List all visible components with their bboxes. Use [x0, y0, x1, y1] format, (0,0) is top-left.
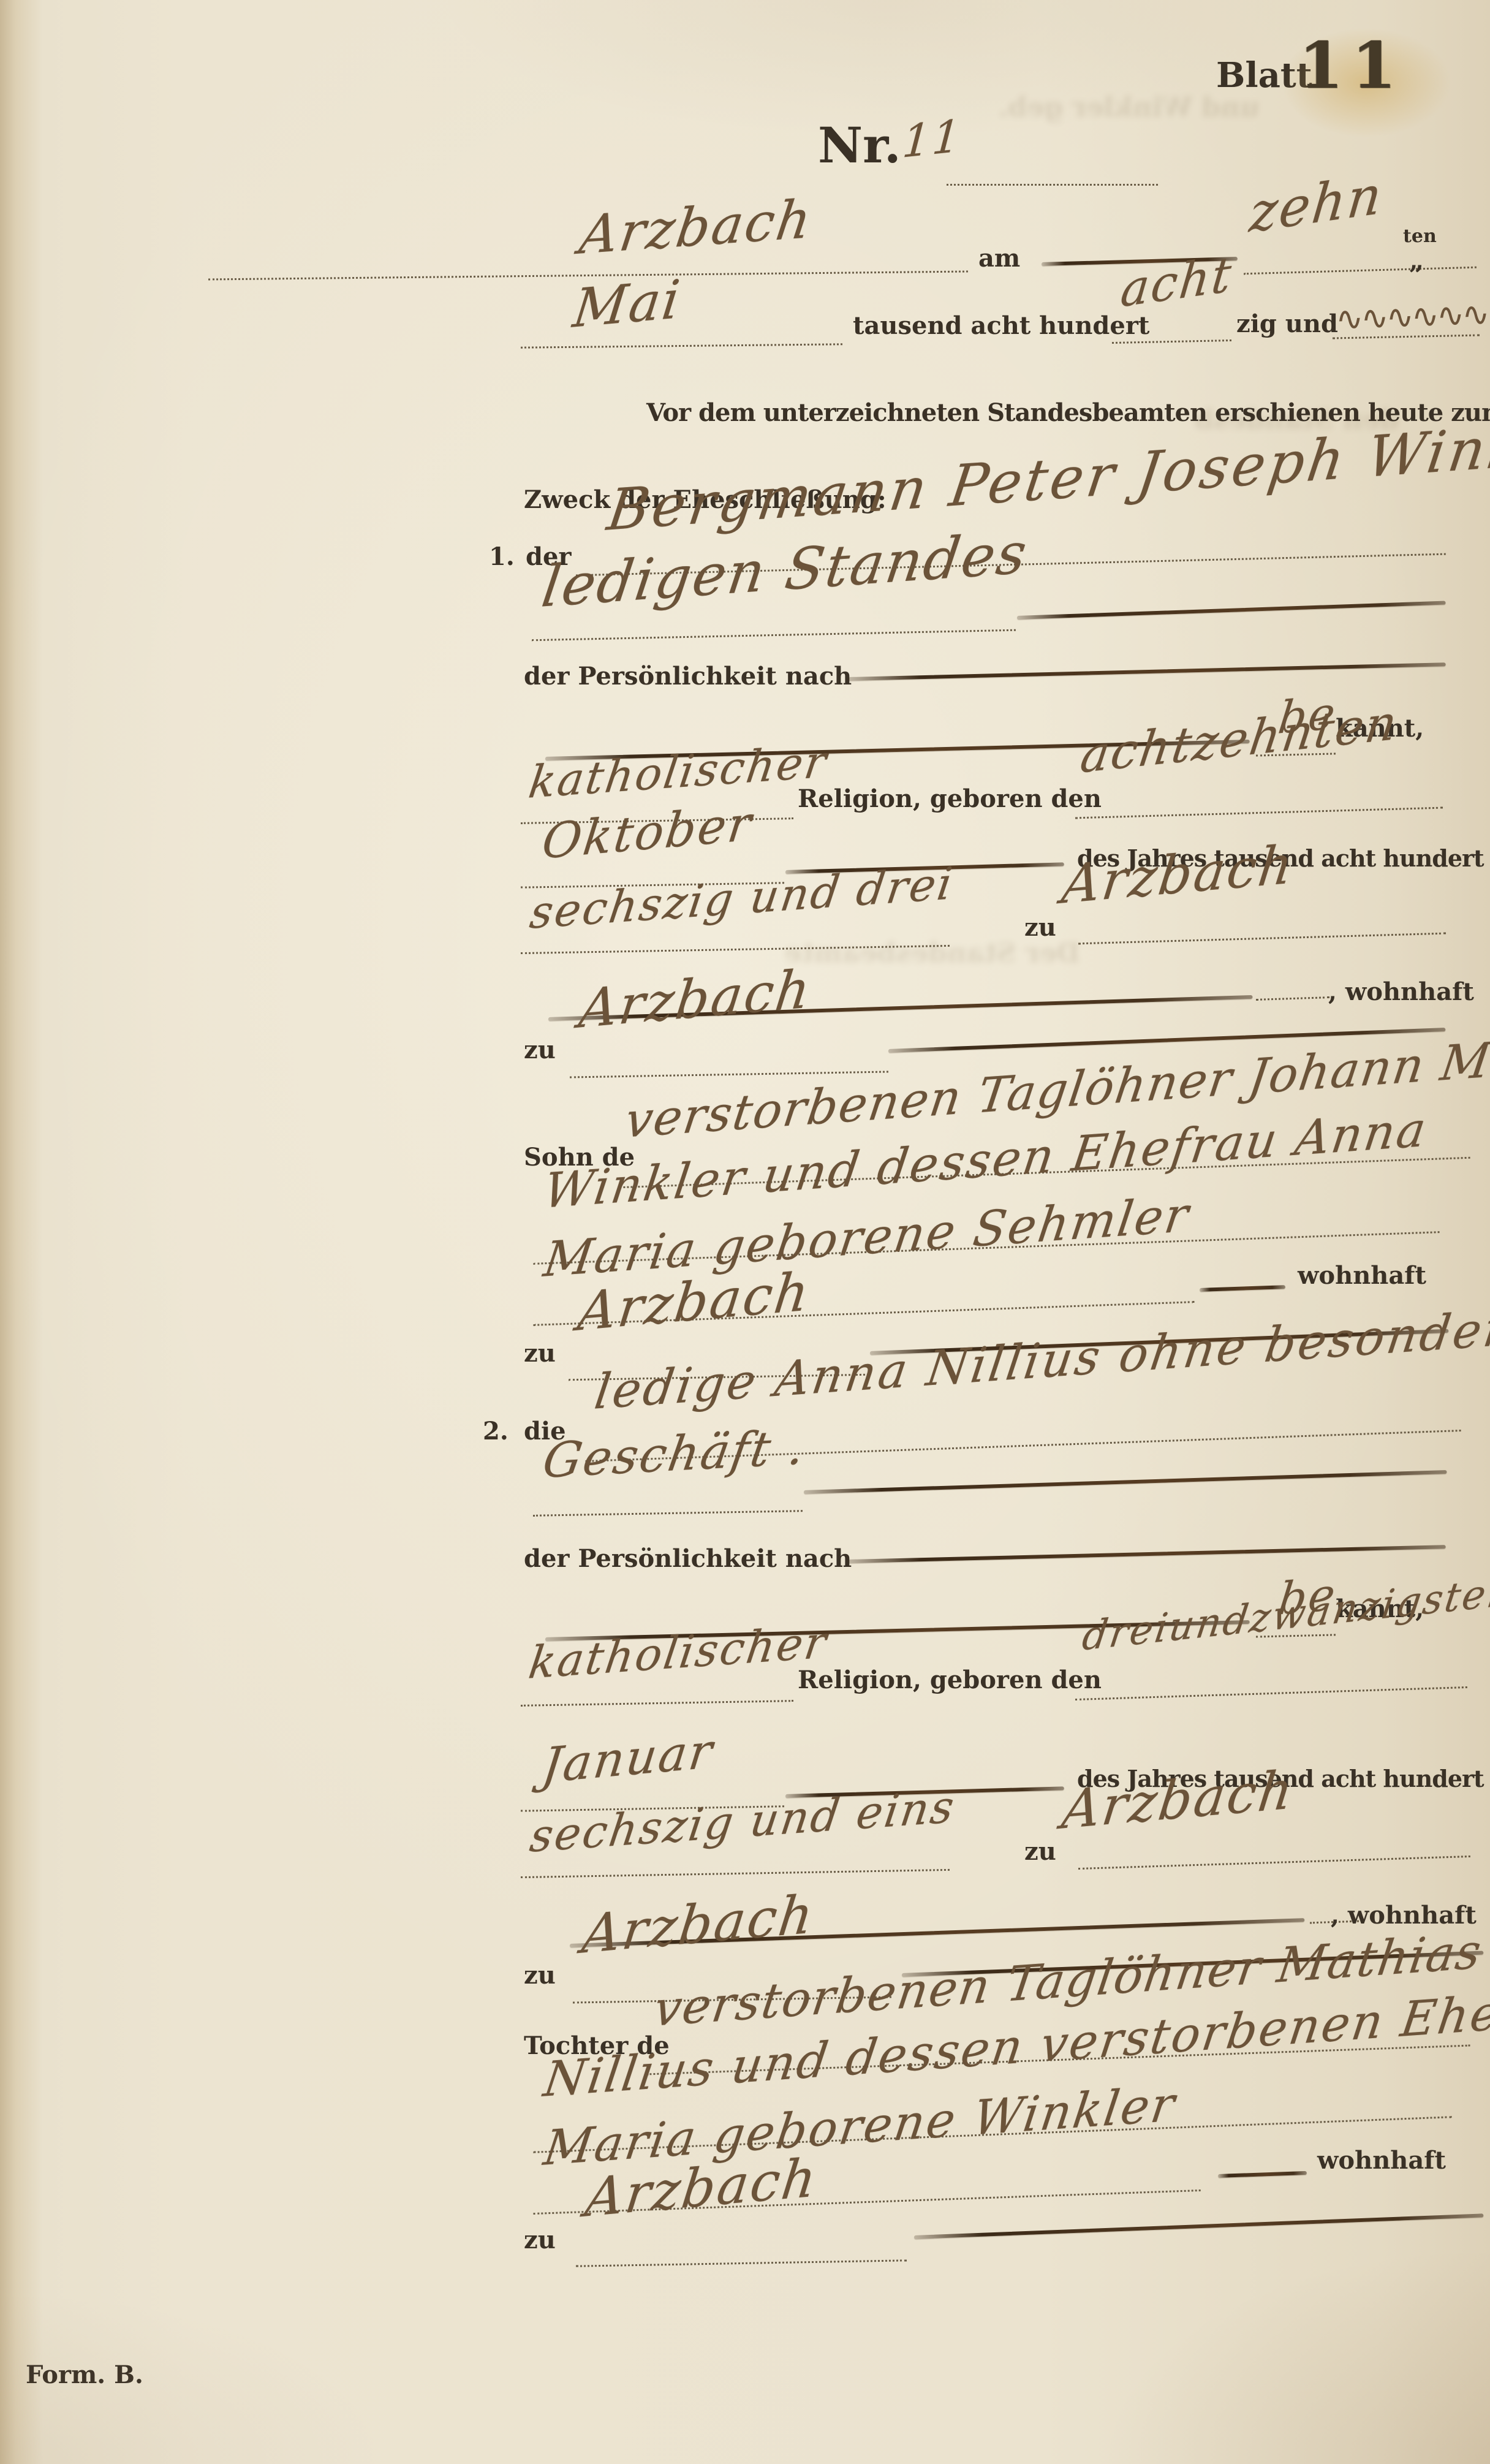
ink-stroke — [849, 1545, 1446, 1563]
dotted-rule — [1078, 933, 1446, 945]
record-number-label: Nr. — [818, 116, 901, 174]
place-entry: Arzbach — [576, 188, 817, 267]
century-label: tausend acht hundert — [853, 311, 1149, 340]
groom-residence-entry: Arzbach — [576, 958, 815, 1041]
dotted-rule — [570, 1071, 888, 1078]
month-entry: Mai — [570, 268, 685, 340]
groom-parents-wohnhaft-label: wohnhaft — [1298, 1261, 1426, 1290]
dotted-rule — [1075, 1686, 1467, 1700]
groom-index: 1. — [489, 542, 515, 571]
dotted-rule — [533, 1510, 803, 1517]
ink-stroke — [1200, 1285, 1285, 1292]
bride-parents-residence-zu-label: zu — [524, 2226, 556, 2254]
dotted-rule — [1256, 996, 1329, 1001]
am-label: am — [978, 244, 1020, 273]
bride-residence-zu-label: zu — [524, 1961, 556, 1990]
bride-index: 2. — [483, 1417, 509, 1446]
day-suffix-label: ten — [1403, 226, 1437, 247]
record-number-entry: 11 — [901, 110, 964, 168]
dotted-rule — [1075, 807, 1443, 819]
bride-residence-entry: Arzbach — [579, 1883, 818, 1966]
dotted-rule — [521, 343, 842, 348]
bride-religion-label: Religion, geboren den — [798, 1666, 1102, 1694]
groom-religion-entry: katholischer — [526, 735, 831, 808]
ink-stroke — [849, 662, 1446, 681]
sheet-number-stamp: 11 — [1299, 28, 1405, 103]
bleedthrough-text: und Winkler geb. — [999, 92, 1260, 123]
dotted-rule — [532, 629, 1016, 642]
bride-birth-month-entry: Januar — [539, 1723, 717, 1794]
groom-birth-year-entry: sechszig und drei — [527, 857, 957, 939]
bride-name-line2-entry: Geschäft . — [539, 1420, 811, 1489]
groom-residence-label: , wohnhaft — [1328, 977, 1474, 1006]
ink-stroke — [804, 1470, 1447, 1494]
bride-religion-entry: katholischer — [526, 1616, 831, 1689]
day-entry: zehn — [1247, 164, 1386, 245]
cancel-scribble: ∿∿∿∿∿∿ — [1335, 295, 1488, 339]
groom-zu-label: zu — [1024, 913, 1056, 942]
bleedthrough-text: Der Standesbeamte — [784, 938, 1080, 969]
groom-parents-residence-zu-label: zu — [524, 1339, 556, 1368]
groom-religion-label: Religion, geboren den — [798, 784, 1102, 813]
bride-zu-label: zu — [1024, 1837, 1056, 1866]
form-note: Form. B. — [26, 2360, 143, 2389]
dotted-rule — [1112, 339, 1231, 344]
bride-residence-label: , wohnhaft — [1331, 1901, 1477, 1930]
groom-birth-month-entry: Oktober — [539, 796, 756, 870]
ink-stroke — [914, 2213, 1484, 2239]
ditto-mark: „ — [1409, 245, 1424, 275]
dotted-rule — [947, 184, 1158, 186]
dotted-rule — [521, 1700, 793, 1707]
groom-residence-zu-label: zu — [524, 1036, 556, 1064]
groom-identity-label: der Persönlichkeit nach — [524, 662, 852, 691]
ink-stroke — [1017, 601, 1446, 620]
preamble-line1: Vor dem unterzeichneten Standesbeamten e… — [646, 398, 1490, 427]
groom-name-entry: Bergmann Peter Joseph Winkler — [603, 407, 1490, 544]
ink-stroke — [1218, 2171, 1307, 2178]
register-page: und Winkler geb. den Standesb Der Stande… — [0, 0, 1490, 2464]
decade-suffix-label: zig und — [1236, 309, 1338, 338]
bride-identity-label: der Persönlichkeit nach — [524, 1544, 852, 1573]
decade-entry: acht — [1118, 246, 1236, 319]
dotted-rule — [521, 1869, 950, 1878]
bride-parents-wohnhaft-label: wohnhaft — [1317, 2146, 1446, 2175]
bride-birth-year-entry: sechszig und eins — [527, 1780, 959, 1862]
dotted-rule — [1244, 267, 1477, 275]
dotted-rule — [576, 2259, 907, 2267]
groom-birth-day-entry: achtzehnten — [1077, 695, 1402, 784]
dotted-rule — [1078, 1856, 1470, 1870]
